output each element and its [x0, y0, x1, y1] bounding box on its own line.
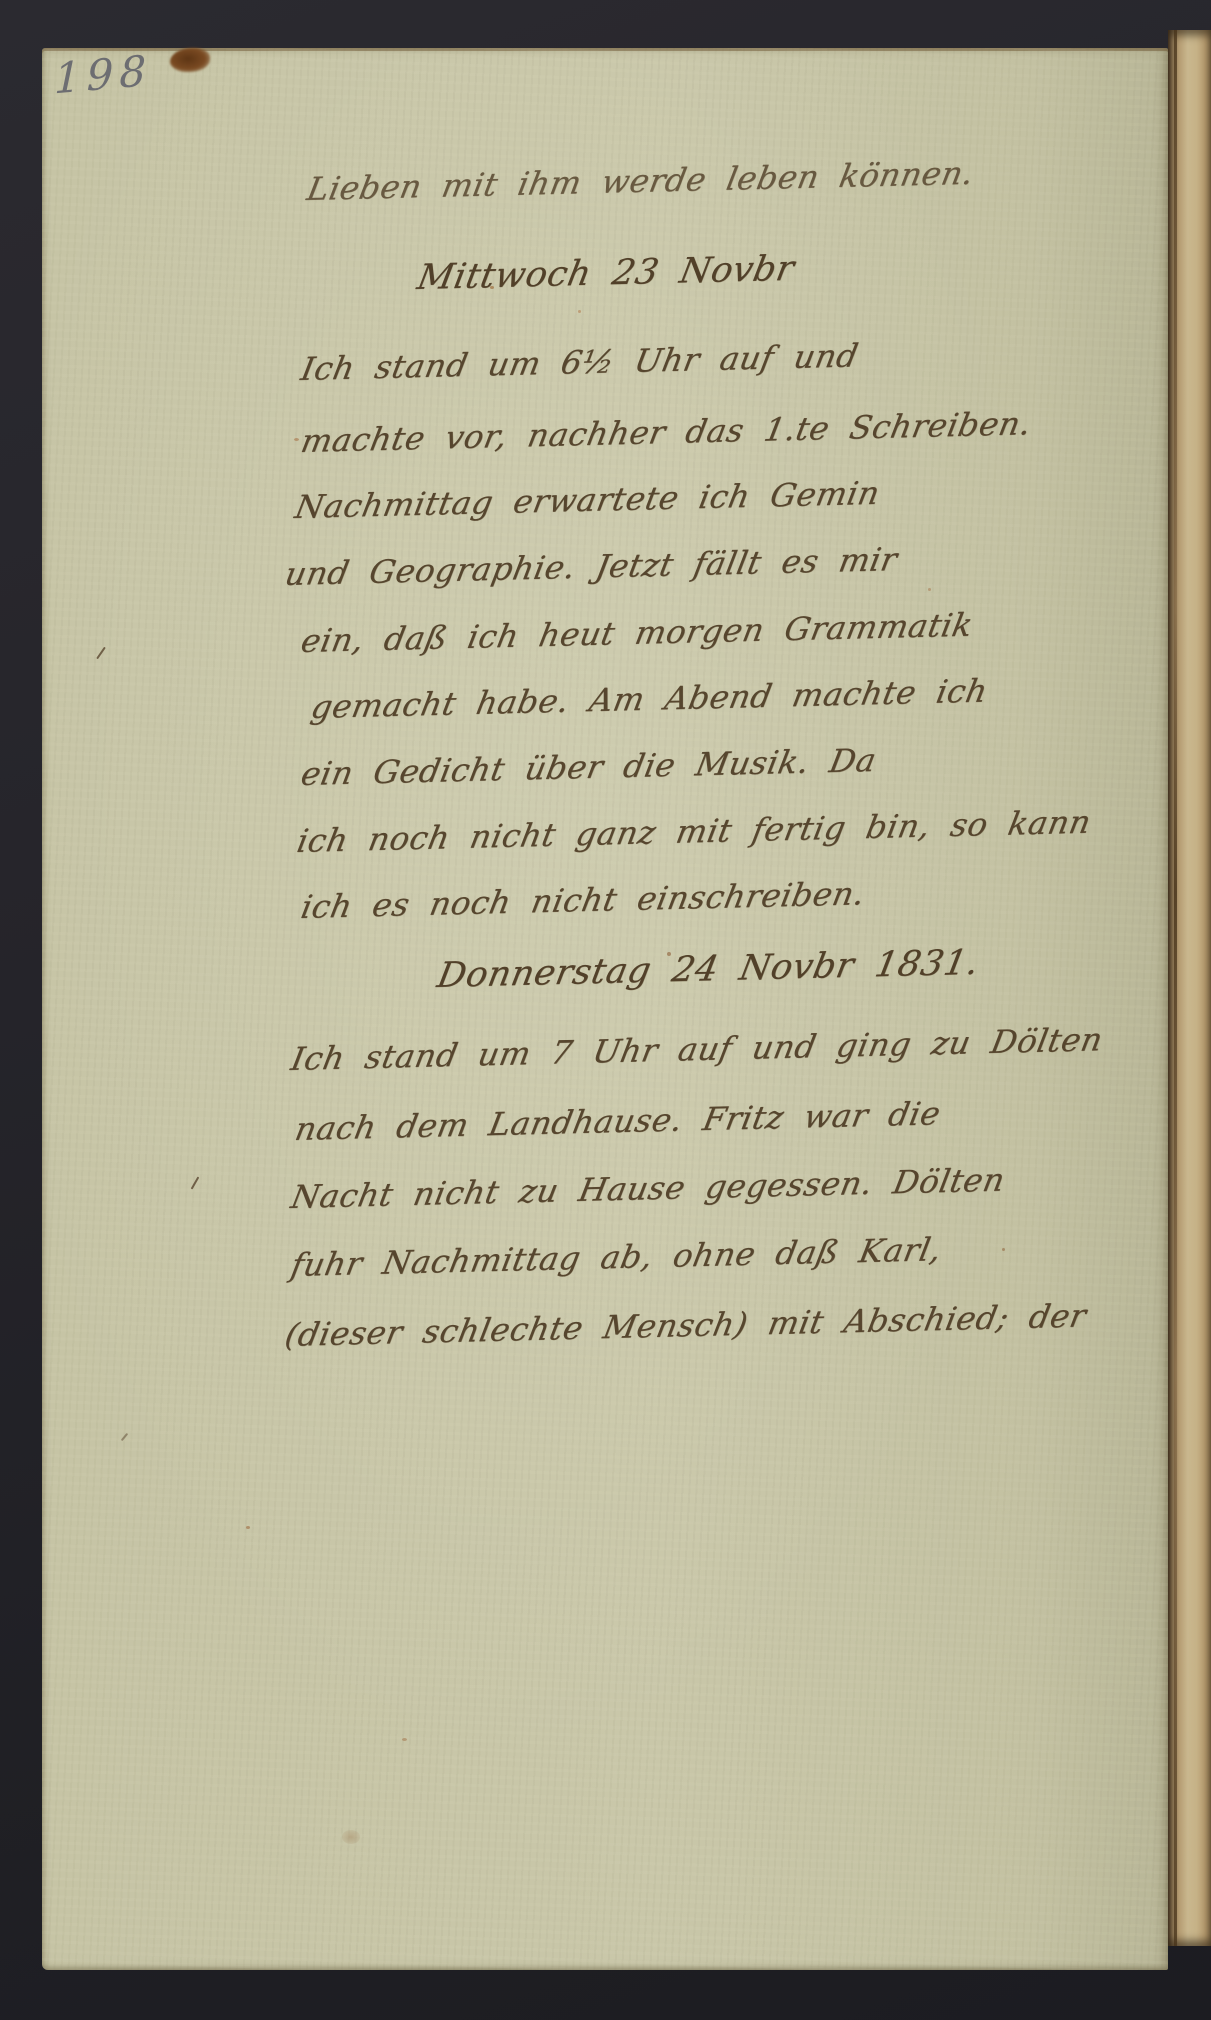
manuscript-line: Ich stand um 7 Uhr auf und ging zu Dölte… [288, 1020, 1106, 1078]
manuscript-line: machte vor, nachher das 1.te Schreiben. [298, 404, 1035, 460]
entry-date-heading: Donnerstag 24 Novbr 1831. [434, 943, 982, 996]
manuscript-line: nach dem Landhause. Fritz war die [292, 1094, 944, 1148]
manuscript-line: ein, daß ich heut morgen Grammatik [298, 606, 976, 660]
manuscript-line: fuhr Nachmittag ab, ohne daß Karl, [288, 1230, 945, 1284]
manuscript-line: ein Gedicht über die Musik. Da [298, 741, 880, 793]
manuscript-line: ich es noch nicht einschreiben. [298, 874, 868, 926]
manuscript-line: Ich stand um 6½ Uhr auf und [298, 336, 861, 388]
manuscript-line: ich noch nicht ganz mit fertig bin, so k… [294, 803, 1094, 860]
binding-crease [1174, 30, 1177, 1946]
manuscript-page: 198 Lieben mit ihm werde leben können. M… [42, 48, 1168, 1970]
manuscript-line: Lieben mit ihm werde leben können. [304, 154, 977, 208]
manuscript-line: (dieser schlechte Mensch) mit Abschied; … [282, 1297, 1090, 1354]
manuscript-line: und Geographie. Jetzt fällt es mir [282, 540, 901, 593]
manuscript-line: Nachmittag erwartete ich Gemin [292, 474, 883, 526]
manuscript-line: gemacht habe. Am Abend machte ich [308, 672, 991, 726]
scan-background: 198 Lieben mit ihm werde leben können. M… [0, 0, 1211, 2020]
adjacent-page-edge [1168, 30, 1211, 1946]
handwriting-layer: Lieben mit ihm werde leben können. Mittw… [42, 48, 1168, 1970]
entry-date-heading: Mittwoch 23 Novbr [414, 249, 798, 298]
manuscript-line: Nacht nicht zu Hause gegessen. Dölten [288, 1161, 1008, 1216]
